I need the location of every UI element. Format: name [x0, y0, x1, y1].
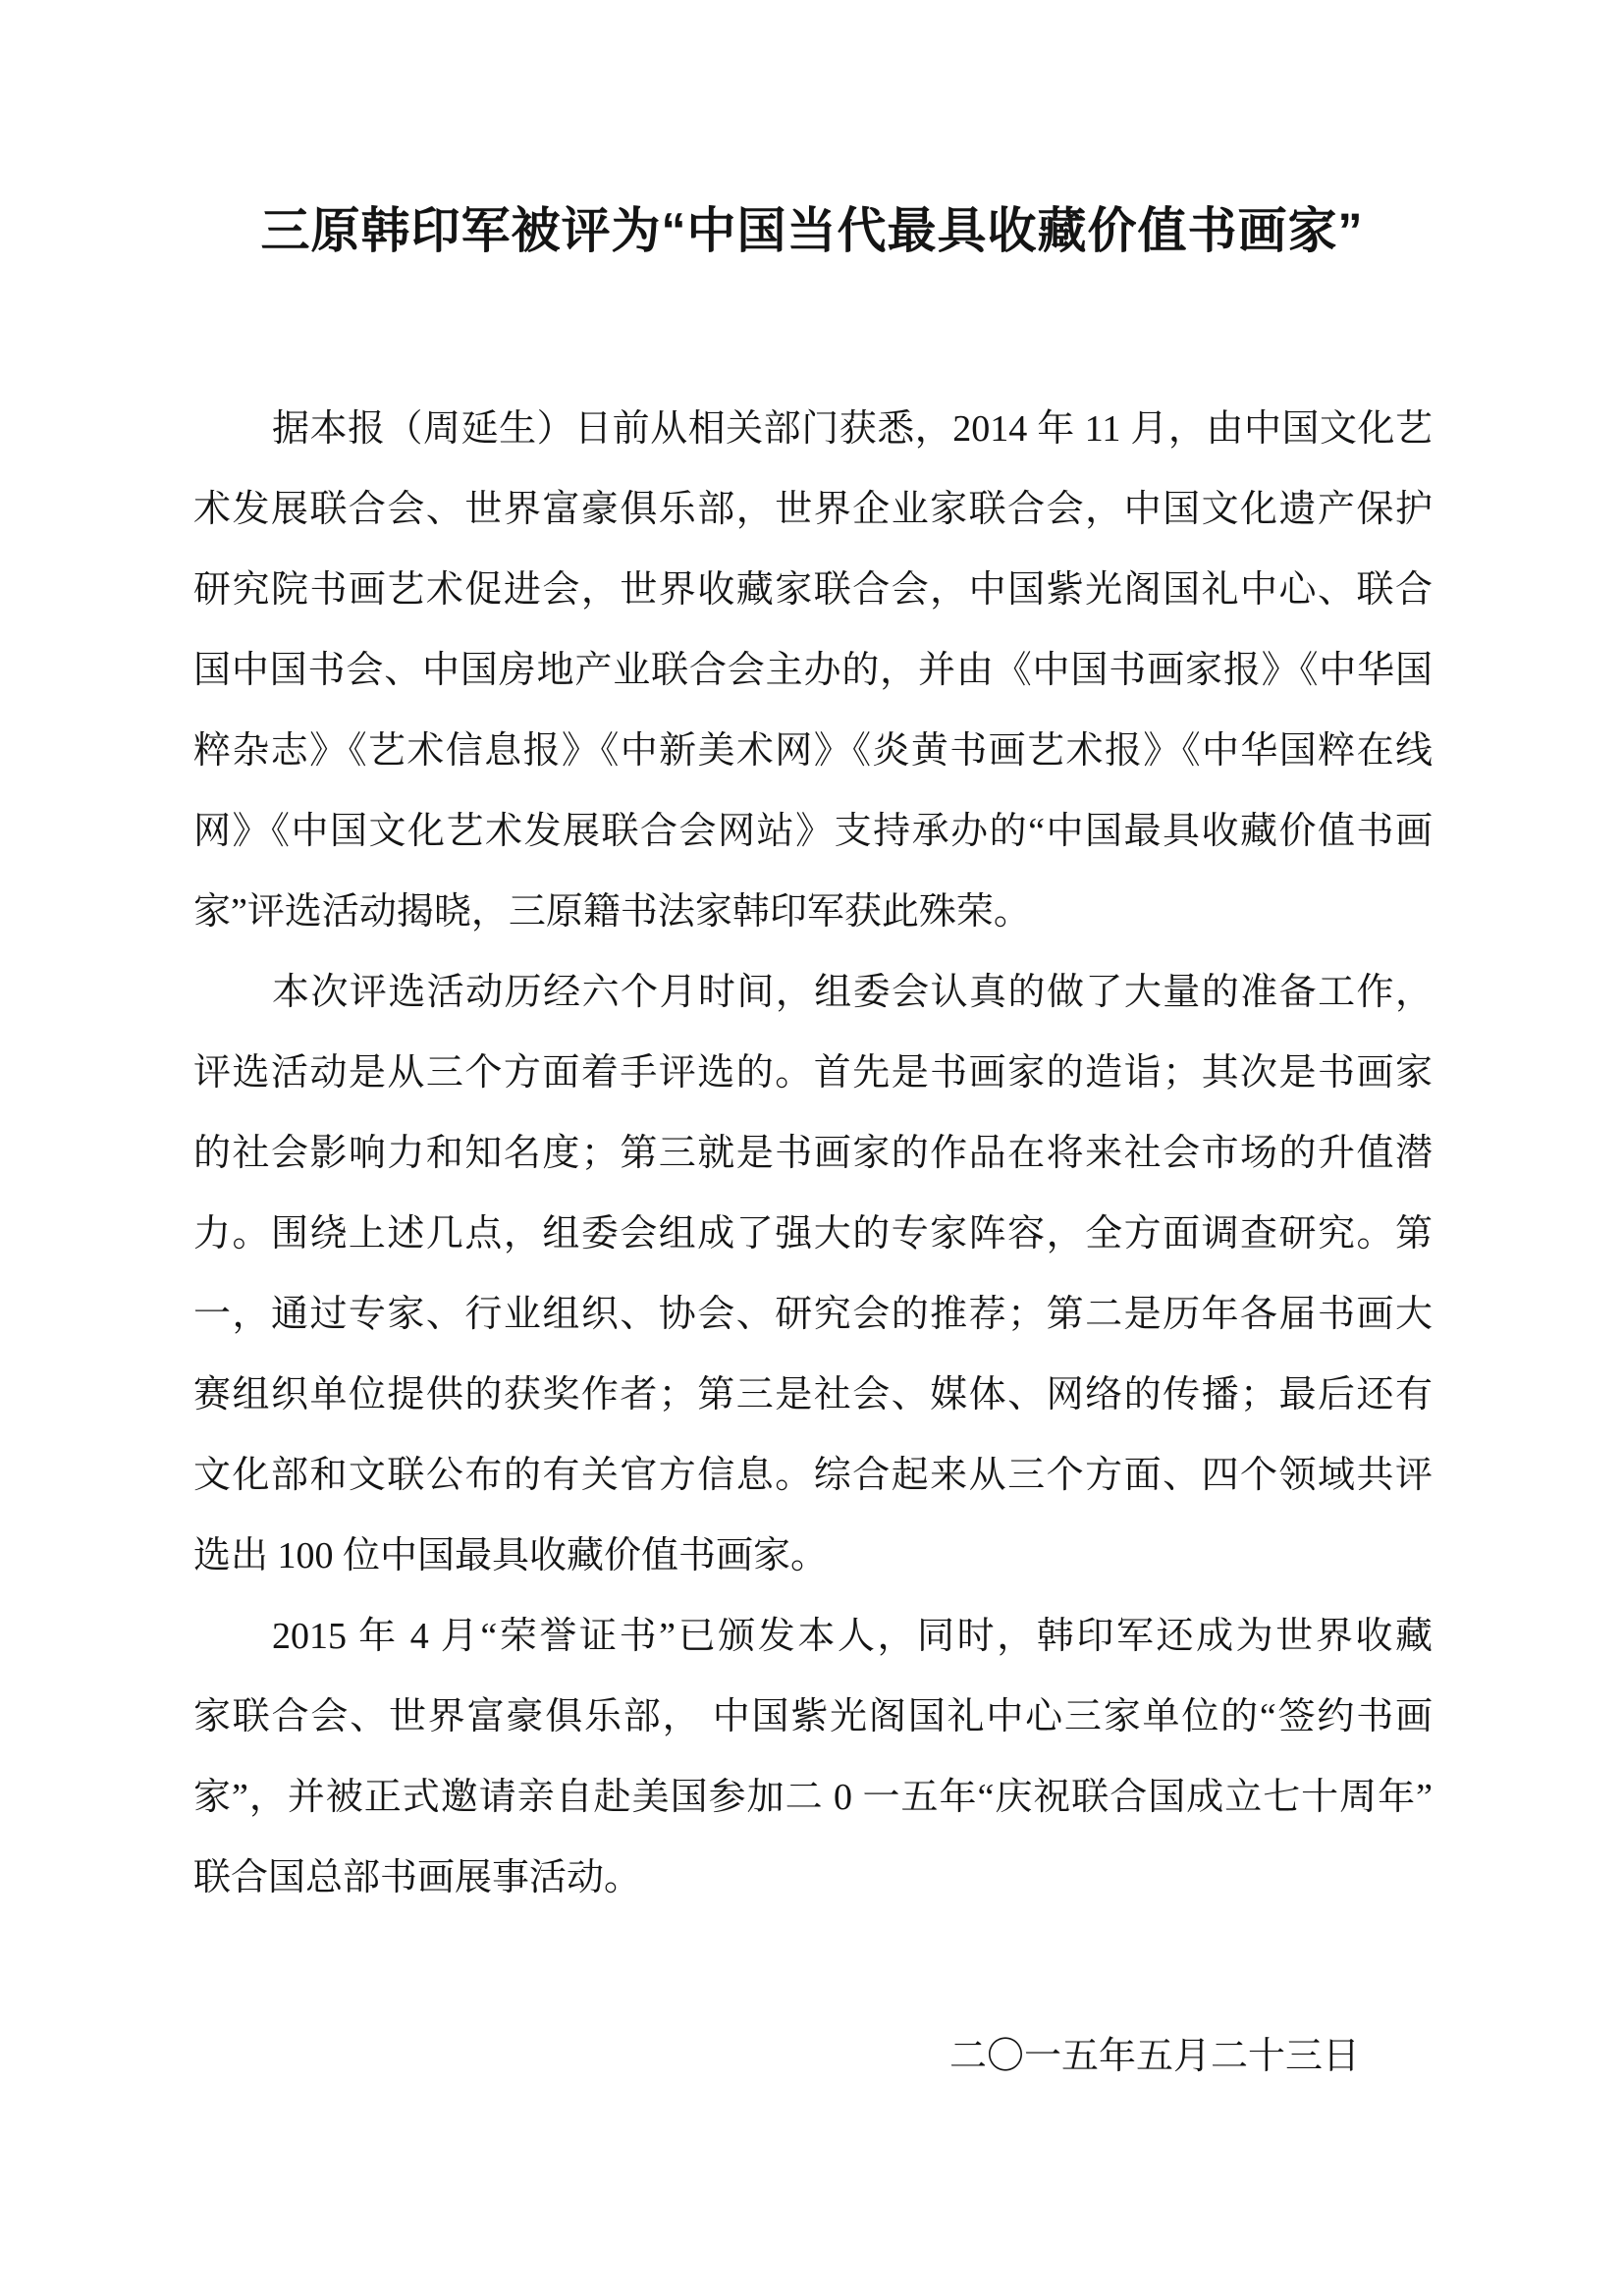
text-line: 家”评选活动揭晓，三原籍书法家韩印军获此殊荣。	[193, 872, 1433, 952]
text-line: 国中国书会、中国房地产业联合会主办的，并由《中国书画家报》《中华国	[193, 630, 1433, 711]
text-line: 据本报（周延生）日前从相关部门获悉，2014 年 11 月，由中国文化艺	[193, 389, 1433, 469]
text-line: 术发展联合会、世界富豪俱乐部，世界企业家联合会，中国文化遗产保护	[193, 469, 1433, 550]
paragraph: 本次评选活动历经六个月时间，组委会认真的做了大量的准备工作，评选活动是从三个方面…	[193, 952, 1433, 1596]
document-body: 据本报（周延生）日前从相关部门获悉，2014 年 11 月，由中国文化艺术发展联…	[193, 389, 1433, 1918]
text-line: 粹杂志》《艺术信息报》《中新美术网》《炎黄书画艺术报》《中华国粹在线	[193, 711, 1433, 791]
text-line: 家”，并被正式邀请亲自赴美国参加二 0 一五年“庆祝联合国成立七十周年”	[193, 1757, 1433, 1838]
date-line: 二〇一五年五月二十三日	[193, 2016, 1433, 2097]
text-line: 文化部和文联公布的有关官方信息。综合起来从三个方面、四个领域共评	[193, 1435, 1433, 1516]
text-line: 选出 100 位中国最具收藏价值书画家。	[193, 1516, 1433, 1596]
text-line: 2015 年 4 月“荣誉证书”已颁发本人，同时，韩印军还成为世界收藏	[193, 1596, 1433, 1677]
document-page: 三原韩印军被评为“中国当代最具收藏价值书画家” 据本报（周延生）日前从相关部门获…	[0, 0, 1624, 2296]
text-line: 联合国总部书画展事活动。	[193, 1838, 1433, 1918]
text-line: 评选活动是从三个方面着手评选的。首先是书画家的造诣；其次是书画家	[193, 1033, 1433, 1113]
text-line: 赛组织单位提供的获奖作者；第三是社会、媒体、网络的传播；最后还有	[193, 1355, 1433, 1435]
text-line: 家联合会、世界富豪俱乐部， 中国紫光阁国礼中心三家单位的“签约书画	[193, 1677, 1433, 1757]
text-line: 本次评选活动历经六个月时间，组委会认真的做了大量的准备工作，	[193, 952, 1433, 1033]
document-title: 三原韩印军被评为“中国当代最具收藏价值书画家”	[0, 198, 1624, 263]
paragraph: 据本报（周延生）日前从相关部门获悉，2014 年 11 月，由中国文化艺术发展联…	[193, 389, 1433, 952]
paragraph: 2015 年 4 月“荣誉证书”已颁发本人，同时，韩印军还成为世界收藏家联合会、…	[193, 1596, 1433, 1918]
text-line: 的社会影响力和知名度；第三就是书画家的作品在将来社会市场的升值潜	[193, 1113, 1433, 1194]
text-line: 研究院书画艺术促进会，世界收藏家联合会，中国紫光阁国礼中心、联合	[193, 550, 1433, 630]
text-line: 网》《中国文化艺术发展联合会网站》支持承办的“中国最具收藏价值书画	[193, 791, 1433, 872]
text-line: 力。围绕上述几点，组委会组成了强大的专家阵容，全方面调查研究。第	[193, 1194, 1433, 1274]
text-line: 一，通过专家、行业组织、协会、研究会的推荐；第二是历年各届书画大	[193, 1274, 1433, 1355]
